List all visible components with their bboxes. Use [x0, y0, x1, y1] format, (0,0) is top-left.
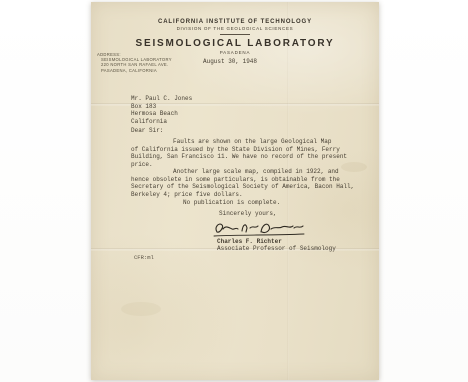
- recipient-box: Box 183: [131, 103, 192, 111]
- typist-initials: CFR:ml: [134, 254, 154, 261]
- letterhead: CALIFORNIA INSTITUTE OF TECHNOLOGY DIVIS…: [91, 19, 379, 55]
- letterhead-division: DIVISION OF THE GEOLOGICAL SCIENCES: [91, 26, 379, 31]
- body-note: No publication is complete.: [183, 199, 280, 206]
- signature-title: Associate Professor of Seismology: [217, 245, 336, 252]
- letterhead-institution: CALIFORNIA INSTITUTE OF TECHNOLOGY: [91, 19, 379, 25]
- address-line: 220 North San Rafael Ave.: [97, 62, 172, 67]
- sender-address-block: Address: Seismological Laboratory 220 No…: [97, 52, 172, 73]
- signature-typed-name: Charles F. Richter: [217, 238, 282, 245]
- letter-date: August 30, 1948: [203, 58, 257, 65]
- recipient-block: Mr. Paul C. Jones Box 183 Hermosa Beach …: [131, 95, 192, 125]
- letterhead-laboratory: SEISMOLOGICAL LABORATORY: [91, 38, 379, 49]
- salutation: Dear Sir:: [131, 127, 163, 134]
- letterhead-divider: [220, 34, 250, 35]
- scan-background: CALIFORNIA INSTITUTE OF TECHNOLOGY DIVIS…: [0, 0, 468, 382]
- letter-paper: CALIFORNIA INSTITUTE OF TECHNOLOGY DIVIS…: [91, 2, 379, 380]
- body-paragraph-2: Another large scale map, compiled in 192…: [131, 168, 375, 198]
- address-line: Pasadena, California: [97, 68, 172, 73]
- recipient-state: California: [131, 118, 192, 126]
- recipient-city: Hermosa Beach: [131, 110, 192, 118]
- valediction: Sincerely yours,: [219, 210, 277, 217]
- signature-handwriting: [209, 220, 309, 240]
- body-paragraph-1: Faults are shown on the large Geological…: [131, 138, 375, 168]
- paper-stain: [121, 302, 161, 316]
- recipient-name: Mr. Paul C. Jones: [131, 95, 192, 103]
- signature-ink-icon: [209, 220, 309, 240]
